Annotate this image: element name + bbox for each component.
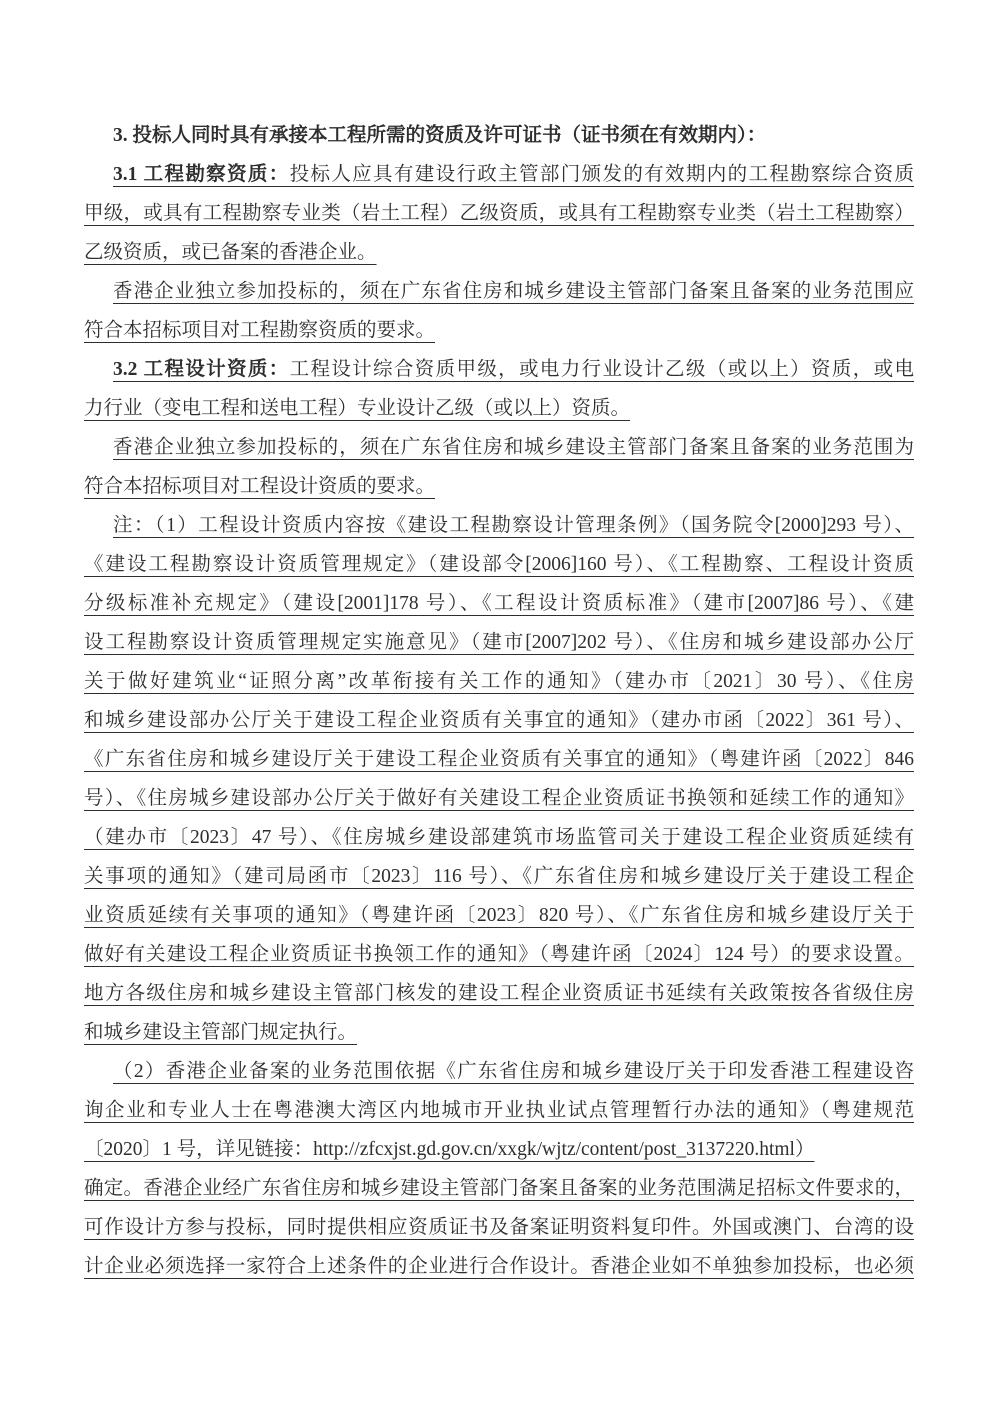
document-text: 符合本招标项目对工程设计资质的要求。 xyxy=(84,476,435,497)
document-text: 注：（1）工程设计资质内容按《建设工程勘察设计管理条例》（国务院令[2000]2… xyxy=(113,515,914,536)
document-text: 甲级，或具有工程勘察专业类（岩土工程）乙级资质，或具有工程勘察专业类（岩土工程勘… xyxy=(84,203,914,224)
document-line: 号）、《住房城乡建设部办公厅关于做好有关建设工程企业资质证书换领和延续工作的通知… xyxy=(84,779,914,818)
document-text: 力行业（变电工程和送电工程）专业设计乙级（或以上）资质。 xyxy=(84,398,630,419)
document-line: 业资质延续有关事项的通知》（粤建许函〔2023〕820 号）、《广东省住房和城乡… xyxy=(84,896,914,935)
document-text: 设工程勘察设计资质管理规定实施意见》（建市[2007]202 号）、《住房和城乡… xyxy=(84,632,914,653)
document-line: 3. 投标人同时具有承接本工程所需的资质及许可证书（证书须在有效期内）： xyxy=(84,116,914,155)
document-line: 〔2020〕1 号，详见链接：http://zfcxjst.gd.gov.cn/… xyxy=(84,1130,914,1169)
document-line: 设工程勘察设计资质管理规定实施意见》（建市[2007]202 号）、《住房和城乡… xyxy=(84,623,914,662)
document-text: 和城乡建设部办公厅关于建设工程企业资质有关事宜的通知》（建办市函〔2022〕36… xyxy=(84,710,914,731)
document-text: 号）、《住房城乡建设部办公厅关于做好有关建设工程企业资质证书换领和延续工作的通知… xyxy=(84,788,914,809)
document-line: 力行业（变电工程和送电工程）专业设计乙级（或以上）资质。 xyxy=(84,389,914,428)
document-text-bold: 3.1 工程勘察资质： xyxy=(113,164,290,185)
document-line: （建办市〔2023〕47 号）、《住房城乡建设部建筑市场监管司关于建设工程企业资… xyxy=(84,818,914,857)
document-page: 3. 投标人同时具有承接本工程所需的资质及许可证书（证书须在有效期内）：3.1 … xyxy=(0,0,1000,1414)
document-text: 《建设工程勘察设计资质管理规定》（建设部令[2006]160 号）、《工程勘察、… xyxy=(84,554,914,575)
document-line: 分级标准补充规定》（建设[2001]178 号）、《工程设计资质标准》（建市[2… xyxy=(84,584,914,623)
document-line: 乙级资质，或已备案的香港企业。 xyxy=(84,233,914,272)
document-text: 可作设计方参与投标，同时提供相应资质证书及备案证明资料复印件。外国或澳门、台湾的… xyxy=(84,1217,914,1238)
document-text: 符合本招标项目对工程勘察资质的要求。 xyxy=(84,320,435,341)
document-text: 计企业必须选择一家符合上述条件的企业进行合作设计。香港企业如不单独参加投标，也必… xyxy=(84,1256,914,1277)
document-line: 关于做好建筑业“证照分离”改革衔接有关工作的通知》（建办市〔2021〕30 号）… xyxy=(84,662,914,701)
document-text: 地方各级住房和城乡建设主管部门核发的建设工程企业资质证书延续有关政策按各省级住房 xyxy=(84,983,914,1004)
document-line: 和城乡建设主管部门规定执行。 xyxy=(84,1013,914,1052)
document-body: 3. 投标人同时具有承接本工程所需的资质及许可证书（证书须在有效期内）：3.1 … xyxy=(84,116,914,1286)
document-text: 关于做好建筑业“证照分离”改革衔接有关工作的通知》（建办市〔2021〕30 号）… xyxy=(84,671,914,692)
document-text: 分级标准补充规定》（建设[2001]178 号）、《工程设计资质标准》（建市[2… xyxy=(84,593,914,614)
document-text-bold: 3. 投标人同时具有承接本工程所需的资质及许可证书（证书须在有效期内）： xyxy=(113,125,766,146)
document-text: 〔2020〕1 号，详见链接：http://zfcxjst.gd.gov.cn/… xyxy=(84,1139,814,1160)
document-text: 《广东省住房和城乡建设厅关于建设工程企业资质有关事宜的通知》（粤建许函〔2022… xyxy=(84,749,914,770)
document-text: 投标人应具有建设行政主管部门颁发的有效期内的工程勘察综合资质 xyxy=(290,164,914,185)
document-line: 甲级，或具有工程勘察专业类（岩土工程）乙级资质，或具有工程勘察专业类（岩土工程勘… xyxy=(84,194,914,233)
document-text: （建办市〔2023〕47 号）、《住房城乡建设部建筑市场监管司关于建设工程企业资… xyxy=(84,827,914,848)
document-text: 香港企业独立参加投标的，须在广东省住房和城乡建设主管部门备案且备案的业务范围应 xyxy=(113,281,914,302)
document-line: 可作设计方参与投标，同时提供相应资质证书及备案证明资料复印件。外国或澳门、台湾的… xyxy=(84,1208,914,1247)
document-text: 工程设计综合资质甲级，或电力行业设计乙级（或以上）资质，或电 xyxy=(290,359,914,380)
document-line: 计企业必须选择一家符合上述条件的企业进行合作设计。香港企业如不单独参加投标，也必… xyxy=(84,1247,914,1286)
document-line: 《广东省住房和城乡建设厅关于建设工程企业资质有关事宜的通知》（粤建许函〔2022… xyxy=(84,740,914,779)
document-line: 3.1 工程勘察资质：投标人应具有建设行政主管部门颁发的有效期内的工程勘察综合资… xyxy=(84,155,914,194)
document-line: （2）香港企业备案的业务范围依据《广东省住房和城乡建设厅关于印发香港工程建设咨 xyxy=(84,1052,914,1091)
document-line: 香港企业独立参加投标的，须在广东省住房和城乡建设主管部门备案且备案的业务范围为 xyxy=(84,428,914,467)
document-text: （2）香港企业备案的业务范围依据《广东省住房和城乡建设厅关于印发香港工程建设咨 xyxy=(113,1061,914,1082)
document-text: 业资质延续有关事项的通知》（粤建许函〔2023〕820 号）、《广东省住房和城乡… xyxy=(84,905,914,926)
document-text-bold: 3.2 工程设计资质： xyxy=(113,359,290,380)
document-line: 询企业和专业人士在粤港澳大湾区内地城市开业执业试点管理暂行办法的通知》（粤建规范 xyxy=(84,1091,914,1130)
document-text: 确定。香港企业经广东省住房和城乡建设主管部门备案且备案的业务范围满足招标文件要求… xyxy=(84,1178,914,1199)
document-text: 香港企业独立参加投标的，须在广东省住房和城乡建设主管部门备案且备案的业务范围为 xyxy=(113,437,914,458)
document-line: 3.2 工程设计资质：工程设计综合资质甲级，或电力行业设计乙级（或以上）资质，或… xyxy=(84,350,914,389)
document-text: 做好有关建设工程企业资质证书换领工作的通知》（粤建许函〔2024〕124 号）的… xyxy=(84,944,914,965)
document-line: 确定。香港企业经广东省住房和城乡建设主管部门备案且备案的业务范围满足招标文件要求… xyxy=(84,1169,914,1208)
document-line: 符合本招标项目对工程设计资质的要求。 xyxy=(84,467,914,506)
document-text: 询企业和专业人士在粤港澳大湾区内地城市开业执业试点管理暂行办法的通知》（粤建规范 xyxy=(84,1100,914,1121)
document-line: 地方各级住房和城乡建设主管部门核发的建设工程企业资质证书延续有关政策按各省级住房 xyxy=(84,974,914,1013)
document-line: 《建设工程勘察设计资质管理规定》（建设部令[2006]160 号）、《工程勘察、… xyxy=(84,545,914,584)
document-text: 和城乡建设主管部门规定执行。 xyxy=(84,1022,357,1043)
document-line: 和城乡建设部办公厅关于建设工程企业资质有关事宜的通知》（建办市函〔2022〕36… xyxy=(84,701,914,740)
document-line: 符合本招标项目对工程勘察资质的要求。 xyxy=(84,311,914,350)
document-line: 香港企业独立参加投标的，须在广东省住房和城乡建设主管部门备案且备案的业务范围应 xyxy=(84,272,914,311)
document-line: 关事项的通知》（建司局函市〔2023〕116 号）、《广东省住房和城乡建设厅关于… xyxy=(84,857,914,896)
document-line: 注：（1）工程设计资质内容按《建设工程勘察设计管理条例》（国务院令[2000]2… xyxy=(84,506,914,545)
document-text: 关事项的通知》（建司局函市〔2023〕116 号）、《广东省住房和城乡建设厅关于… xyxy=(84,866,914,887)
document-text: 乙级资质，或已备案的香港企业。 xyxy=(84,242,377,263)
document-line: 做好有关建设工程企业资质证书换领工作的通知》（粤建许函〔2024〕124 号）的… xyxy=(84,935,914,974)
